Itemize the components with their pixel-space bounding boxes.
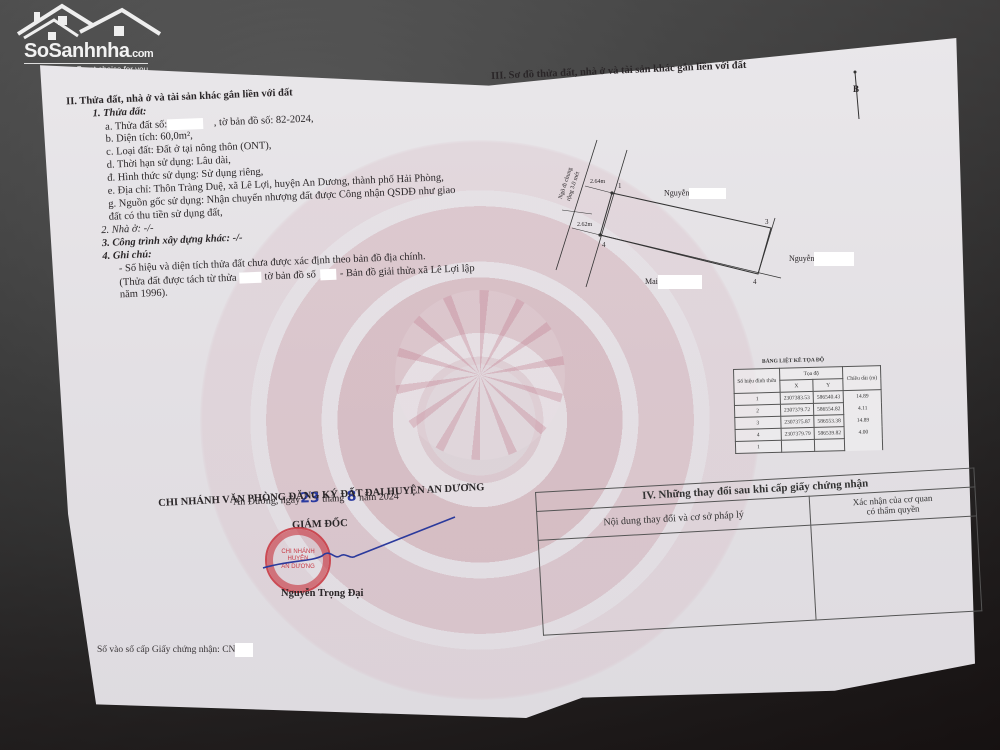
change-content-cell <box>538 525 816 635</box>
redacted-box <box>235 643 253 657</box>
signer-name: Nguyễn Trọng Đại <box>281 588 363 599</box>
confirmation-cell <box>811 516 982 620</box>
section-4-changes: IV. Những thay đổi sau khi cấp giấy chứn… <box>535 467 982 635</box>
certificate-registry-number: Số vào sổ cấp Giấy chứng nhận: CN <box>97 643 253 657</box>
signature-stroke <box>0 0 1000 750</box>
